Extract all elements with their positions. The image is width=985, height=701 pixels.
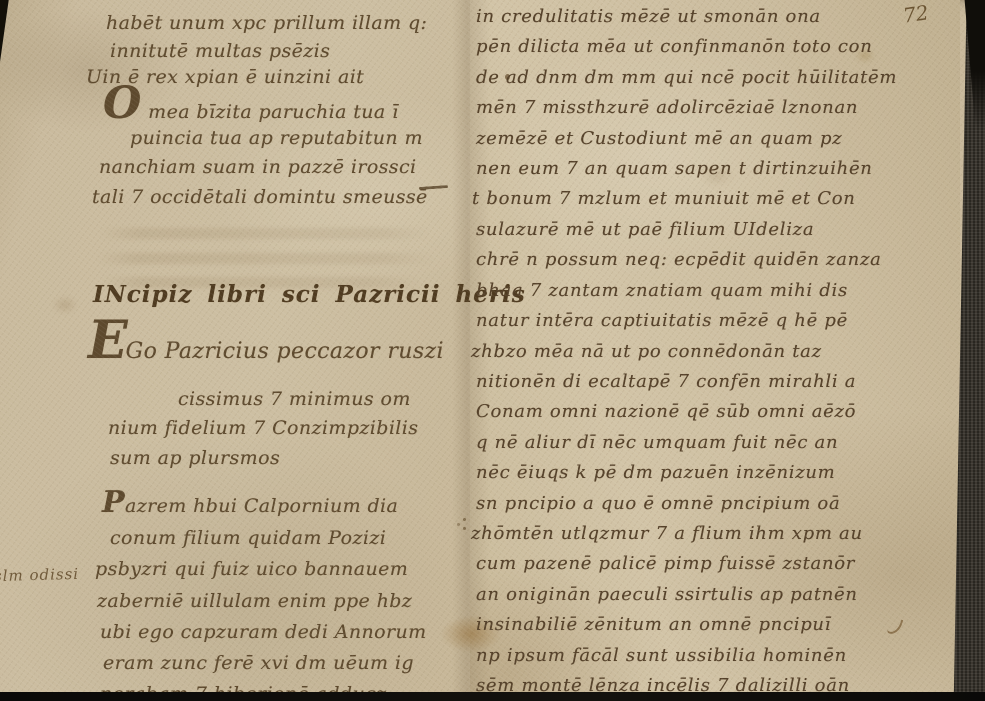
- text-line: tali 7 occidētali domintu smeussē: [92, 186, 428, 208]
- text-line: np ipsum fācāl sunt ussibilia hominēn: [476, 645, 847, 666]
- text-line: insinabiliē zēnitum an omnē pncipuī: [476, 614, 831, 635]
- text-line: cum pazenē palicē pimp fuissē zstanōr: [476, 553, 855, 574]
- text-line: q nē aliur dī nēc umquam fuit nēc an: [476, 432, 838, 453]
- text-line: nitionēn di ecaltapē 7 confēn mirahli a: [476, 371, 856, 392]
- text-line: nium fidelium 7 Conzimpzibilis: [108, 417, 418, 439]
- text-line: natur intēra captiuitatis mēzē q hē pē: [476, 310, 848, 331]
- text-line: zhōmtēn utlqzmur 7 a flium ihm xpm au: [471, 523, 863, 544]
- foxing-spot: [52, 296, 78, 314]
- text-line: Conam omni nazionē qē sūb omni aēzō: [476, 401, 856, 422]
- text-line: O mea bīzita paruchia tua ī: [103, 94, 399, 123]
- text-line: chrē n possum neq: ecpēdit quidēn zanza: [476, 249, 882, 270]
- text-line: zaberniē uillulam enim ppe hbz: [97, 590, 412, 612]
- text-line: eram zunc ferē xvi dm uēum ig: [103, 652, 414, 674]
- text-line: Pazrem hbui Calpornium dia: [102, 495, 398, 517]
- show-through-text: [96, 253, 434, 264]
- text-line: nēc ēiuqs k pē dm pazuēn inzēnizum: [476, 462, 835, 483]
- margin-punctuation-mark: [463, 518, 466, 521]
- text-line: pēn dilicta mēa ut confinmanōn toto con: [476, 36, 873, 57]
- text-line: puincia tua ap reputabitun m: [130, 127, 423, 149]
- text-line: innitutē multas psēzis: [110, 40, 330, 62]
- text-line: ubi ego capzuram dedi Annorum: [100, 621, 427, 643]
- text-line: sum ap plursmos: [110, 447, 280, 469]
- text-line: habēt unum xpc prillum illam q:: [106, 12, 427, 34]
- text-line: EGo Pazricius peccazor ruszi: [88, 332, 444, 364]
- text-line: psbyzri qui fuiz uico bannauem: [95, 558, 408, 580]
- text-line: zemēzē et Custodiunt mē an quam pz: [476, 128, 842, 149]
- text-line: bhaa 7 zantam znatiam quam mihi dis: [476, 280, 848, 301]
- photo-bottom-edge: [0, 692, 985, 701]
- text-line: t bonum 7 mzlum et muniuit mē et Con: [472, 188, 856, 209]
- text-line: conum filium quidam Pozizi: [110, 527, 386, 549]
- text-line: an oniginān paeculi ssirtulis ap patnēn: [476, 584, 858, 605]
- text-line: in credulitatis mēzē ut smonān ona: [476, 6, 821, 27]
- incipit-heading: INcipiz libri sci Pazricii heris: [93, 281, 526, 308]
- marginal-note: slm odissi: [0, 565, 79, 585]
- text-line: sulazurē mē ut paē filium UIdeliza: [476, 219, 814, 240]
- text-line: nen eum 7 an quam sapen t dirtinzuihēn: [476, 158, 873, 179]
- folio-number: 72: [901, 0, 930, 27]
- text-line: mēn 7 missthzurē adolircēziaē lznonan: [476, 97, 858, 118]
- text-line: sn pncipio a quo ē omnē pncipium oā: [476, 493, 840, 514]
- text-line: de ad dnm dm mm qui ncē pocit hūilitatēm: [476, 67, 897, 88]
- manuscript-photograph: 72 slm odissi habēt unum xpc prillum ill…: [0, 0, 985, 701]
- text-line: zhbzo mēa nā ut po connēdonān taz: [471, 341, 822, 362]
- show-through-text: [100, 228, 430, 239]
- text-line: nanchiam suam in pazzē irossci: [99, 156, 416, 178]
- text-line: cissimus 7 minimus om: [178, 388, 411, 410]
